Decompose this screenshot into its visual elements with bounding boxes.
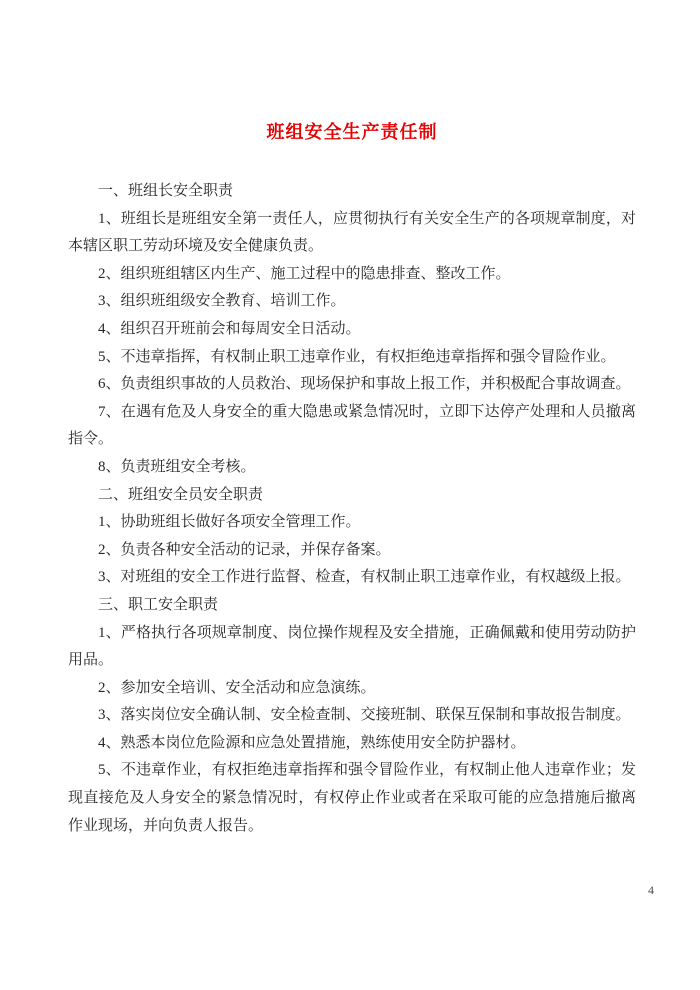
document-page: 班组安全生产责任制 一、班组长安全职责 1、班组长是班组安全第一责任人，应贯彻执… [0, 0, 700, 990]
section-1-item-4: 4、组织召开班前会和每周安全日活动。 [68, 316, 636, 344]
section-3-item-5: 5、不违章作业，有权拒绝违章指挥和强令冒险作业，有权制止他人违章作业；发现直接危… [68, 757, 636, 840]
document-title: 班组安全生产责任制 [68, 118, 636, 146]
section-1-item-8: 8、负责班组安全考核。 [68, 454, 636, 482]
section-3-item-2: 2、参加安全培训、安全活动和应急演练。 [68, 675, 636, 703]
section-1-heading: 一、班组长安全职责 [68, 178, 636, 206]
section-3-heading: 三、职工安全职责 [68, 592, 636, 620]
section-2-item-2: 2、负责各种安全活动的记录，并保存备案。 [68, 537, 636, 565]
document-content: 班组安全生产责任制 一、班组长安全职责 1、班组长是班组安全第一责任人，应贯彻执… [68, 118, 636, 840]
section-2-item-1: 1、协助班组长做好各项安全管理工作。 [68, 509, 636, 537]
section-2-heading: 二、班组安全员安全职责 [68, 482, 636, 510]
section-3-item-1: 1、严格执行各项规章制度、岗位操作规程及安全措施，正确佩戴和使用劳动防护用品。 [68, 620, 636, 675]
section-1-item-1: 1、班组长是班组安全第一责任人，应贯彻执行有关安全生产的各项规章制度，对本辖区职… [68, 206, 636, 261]
section-1-item-7: 7、在遇有危及人身安全的重大隐患或紧急情况时，立即下达停产处理和人员撤离指令。 [68, 399, 636, 454]
section-2-item-3: 3、对班组的安全工作进行监督、检查，有权制止职工违章作业，有权越级上报。 [68, 564, 636, 592]
section-1-item-3: 3、组织班组级安全教育、培训工作。 [68, 288, 636, 316]
section-1-item-6: 6、负责组织事故的人员救治、现场保护和事故上报工作，并积极配合事故调查。 [68, 371, 636, 399]
section-3-item-4: 4、熟悉本岗位危险源和应急处置措施，熟练使用安全防护器材。 [68, 730, 636, 758]
section-1-item-2: 2、组织班组辖区内生产、施工过程中的隐患排查、整改工作。 [68, 261, 636, 289]
section-3-item-3: 3、落实岗位安全确认制、安全检查制、交接班制、联保互保制和事故报告制度。 [68, 702, 636, 730]
section-1-item-5: 5、不违章指挥，有权制止职工违章作业，有权拒绝违章指挥和强令冒险作业。 [68, 344, 636, 372]
page-number: 4 [648, 882, 654, 898]
